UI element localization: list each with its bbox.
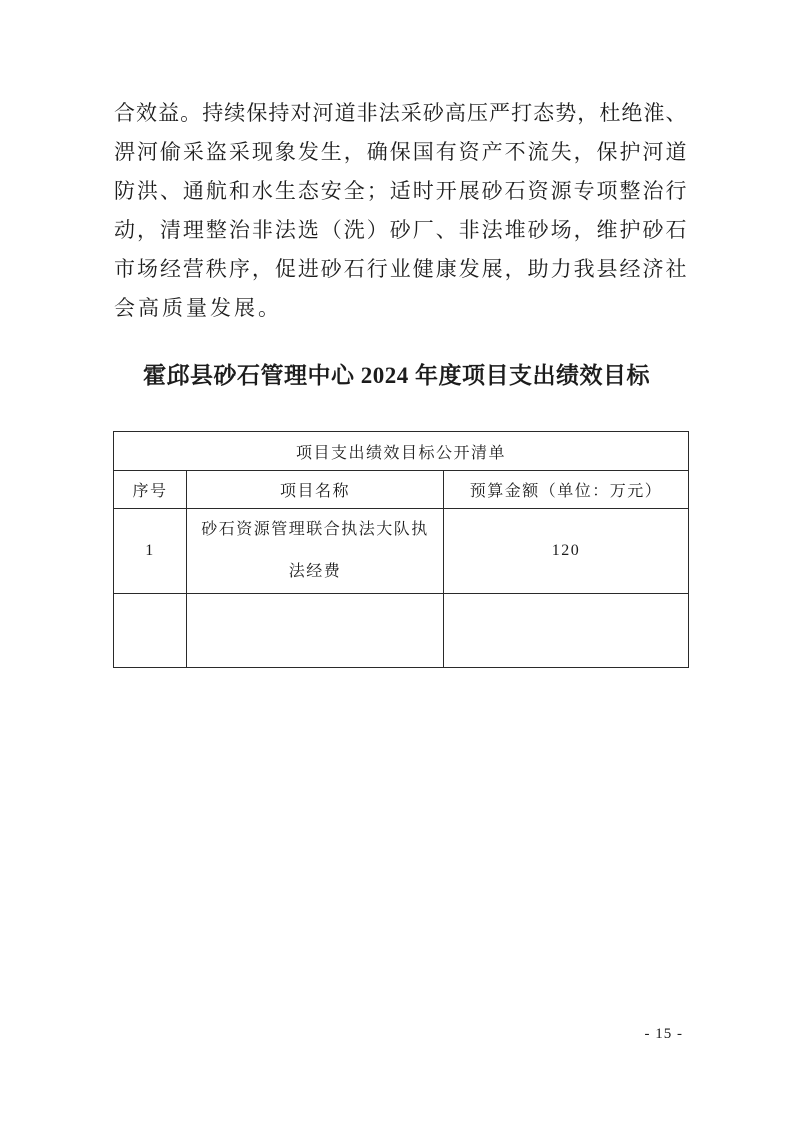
section-heading: 霍邱县砂石管理中心 2024 年度项目支出绩效目标 [0, 358, 793, 394]
table-title: 项目支出绩效目标公开清单 [114, 432, 689, 471]
cell-index: 1 [114, 509, 187, 594]
table-row [114, 594, 689, 668]
document-page: 合效益。持续保持对河道非法采砂高压严打态势，杜绝淮、 淠河偷采盗采现象发生，确保… [0, 0, 793, 1122]
performance-target-table: 项目支出绩效目标公开清单 序号 项目名称 预算金额（单位：万元） 1 砂石资源管… [113, 431, 689, 668]
cell-project-name [187, 594, 444, 668]
body-line: 市场经营秩序，促进砂石行业健康发展，助力我县经济社 [114, 250, 687, 289]
body-paragraph: 合效益。持续保持对河道非法采砂高压严打态势，杜绝淮、 淠河偷采盗采现象发生，确保… [114, 94, 687, 328]
cell-budget: 120 [444, 509, 689, 594]
table-title-row: 项目支出绩效目标公开清单 [114, 432, 689, 471]
column-header-project-name: 项目名称 [187, 471, 444, 509]
cell-budget [444, 594, 689, 668]
table-header-row: 序号 项目名称 预算金额（单位：万元） [114, 471, 689, 509]
body-line: 合效益。持续保持对河道非法采砂高压严打态势，杜绝淮、 [114, 94, 687, 133]
body-line: 动，清理整治非法选（洗）砂厂、非法堆砂场，维护砂石 [114, 211, 687, 250]
body-line: 防洪、通航和水生态安全；适时开展砂石资源专项整治行 [114, 172, 687, 211]
cell-index [114, 594, 187, 668]
body-line: 淠河偷采盗采现象发生，确保国有资产不流失，保护河道 [114, 133, 687, 172]
column-header-budget: 预算金额（单位：万元） [444, 471, 689, 509]
page-number: - 15 - [645, 1026, 684, 1043]
cell-project-name: 砂石资源管理联合执法大队执法经费 [187, 509, 444, 594]
body-line: 会高质量发展。 [114, 289, 687, 328]
table-row: 1 砂石资源管理联合执法大队执法经费 120 [114, 509, 689, 594]
column-header-index: 序号 [114, 471, 187, 509]
